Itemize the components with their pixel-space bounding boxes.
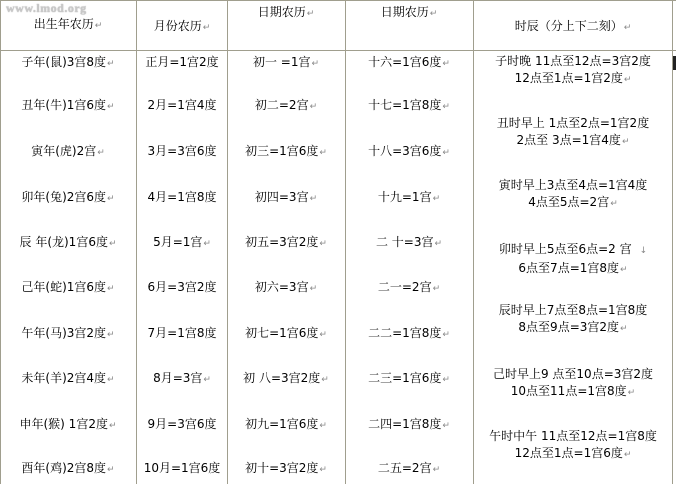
return-icon: ↵ <box>620 265 628 275</box>
hour-line-2: 12点至1点=1宫2度↵ <box>475 70 671 89</box>
cell-text: 4月=1宫8度 <box>148 190 217 204</box>
month-cell: 7月=1宫8度 <box>138 325 226 341</box>
cell-text: 初一 =1宫 <box>253 55 311 69</box>
return-icon: ↵ <box>109 421 117 431</box>
cell-text: 未年(羊)2宫4度 <box>21 371 106 385</box>
return-icon: ↵ <box>624 450 632 460</box>
header-birth-year: 出生年农历↵ <box>2 16 134 34</box>
month-cell: 4月=1宫8度 <box>138 189 226 205</box>
return-icon: ↵ <box>97 148 105 158</box>
cell-text: 3月=3宫6度 <box>148 144 217 158</box>
hour-line-2: 10点至11点=1宫8度↵ <box>475 383 671 402</box>
return-icon: ↵ <box>310 102 318 112</box>
cell-text: 十七=1宫8度 <box>368 98 441 112</box>
day-cell: 初 八=3宫2度↵ <box>229 370 343 388</box>
return-icon: ↵ <box>319 239 327 249</box>
cell-text: 8月=3宫 <box>153 371 202 385</box>
cell-text: 初六=3宫 <box>255 280 309 294</box>
cell-text: 丑年(牛)1宫6度 <box>21 98 106 112</box>
cell-text: 辰 年(龙)1宫6度 <box>20 235 108 249</box>
cell-text: 2月=1宫4度 <box>148 98 217 112</box>
watermark: www.lmod.org <box>6 1 87 16</box>
return-icon: ↵ <box>624 23 632 33</box>
day-cell: 二 十=3宫↵ <box>347 234 471 252</box>
month-cell: 5月=1宫↵ <box>138 234 226 252</box>
hour-cell: 丑时早上 1点至2点=1宫2度 2点至 3点=1宫4度↵ <box>475 115 671 151</box>
return-icon: ↵ <box>442 330 450 340</box>
day-cell: 二三=1宫6度↵ <box>347 370 471 388</box>
return-icon: ↵ <box>107 330 115 340</box>
cell-text: 初十=3宫2度 <box>245 461 318 475</box>
return-icon: ↵ <box>430 9 438 19</box>
day-cell: 初二=2宫↵ <box>229 97 343 115</box>
day-cell: 二五=2宫↵ <box>347 460 471 478</box>
return-icon: ↵ <box>311 59 319 69</box>
hour-line-1: 卯时早上5点至6点=2 宫↓ <box>475 241 671 260</box>
hour-line-1: 子时晚 11点至12点=3宫2度 <box>475 53 671 70</box>
cell-text: 初二=2宫 <box>255 98 309 112</box>
column-divider <box>136 0 137 484</box>
return-icon: ↵ <box>442 59 450 69</box>
return-icon: ↵ <box>620 324 628 334</box>
hour-cell: 午时中午 11点至12点=1宫8度 12点至1点=1宫6度↵ <box>475 428 671 464</box>
header-label: 日期农历 <box>258 5 306 19</box>
day-cell: 十七=1宫8度↵ <box>347 97 471 115</box>
header-label: 月份农历 <box>154 19 202 33</box>
day-cell: 十九=1宫↵ <box>347 189 471 207</box>
return-icon: ↵ <box>628 388 636 398</box>
cell-text: 二二=1宫8度 <box>368 326 441 340</box>
return-icon: ↵ <box>107 102 115 112</box>
day-cell: 二一=2宫↵ <box>347 279 471 297</box>
return-icon: ↵ <box>310 194 318 204</box>
header-day-a: 日期农历↵ <box>229 4 343 22</box>
birth-year-cell: 酉年(鸡)2宫8度↵ <box>2 460 134 478</box>
return-icon: ↵ <box>442 421 450 431</box>
return-icon: ↵ <box>203 23 211 33</box>
day-cell: 初三=1宫6度↵ <box>229 143 343 161</box>
return-icon: ↵ <box>622 137 630 147</box>
day-cell: 初五=3宫2度↵ <box>229 234 343 252</box>
cell-text: 卯年(兔)2宫6度 <box>21 190 106 204</box>
return-icon: ↵ <box>107 194 115 204</box>
return-icon: ↵ <box>107 59 115 69</box>
birth-year-cell: 申年(猴) 1宫2度↵ <box>2 416 134 434</box>
day-cell: 十六=1宫6度↵ <box>347 54 471 72</box>
cell-text: 正月=1宫2度 <box>145 55 218 69</box>
down-arrow-icon: ↓ <box>640 246 648 256</box>
hour-cell: 己时早上9 点至10点=3宫2度 10点至11点=1宫8度↵ <box>475 366 671 402</box>
header-month: 月份农历↵ <box>138 18 226 36</box>
return-icon: ↵ <box>107 375 115 385</box>
cell-text: 午年(马)3宫2度 <box>21 326 106 340</box>
cell-text: 5月=1宫 <box>153 235 202 249</box>
header-label: 日期农历 <box>381 5 429 19</box>
cell-text: 10月=1宫6度 <box>144 461 221 475</box>
month-cell: 8月=3宫↵ <box>138 370 226 388</box>
column-divider <box>345 0 346 484</box>
header-label: 时辰（分上下二刻） <box>515 19 623 33</box>
hour-line-1: 己时早上9 点至10点=3宫2度 <box>475 366 671 383</box>
cell-text: 申年(猴) 1宫2度 <box>20 417 108 431</box>
return-icon: ↵ <box>107 284 115 294</box>
day-cell: 初九=1宫6度↵ <box>229 416 343 434</box>
day-cell: 初六=3宫↵ <box>229 279 343 297</box>
hour-cell: 寅时早上3点至4点=1宫4度 4点至5点=2宫↵ <box>475 177 671 213</box>
day-cell: 十八=3宫6度↵ <box>347 143 471 161</box>
return-icon: ↵ <box>310 284 318 294</box>
cell-text: 6月=3宫2度 <box>148 280 217 294</box>
month-cell: 3月=3宫6度 <box>138 143 226 159</box>
hour-line-2: 8点至9点=3宫2度↵ <box>475 319 671 338</box>
month-cell: 9月=3宫6度 <box>138 416 226 432</box>
day-cell: 初七=1宫6度↵ <box>229 325 343 343</box>
return-icon: ↵ <box>107 465 115 475</box>
return-icon: ↵ <box>442 148 450 158</box>
cell-text: 二一=2宫 <box>378 280 432 294</box>
hour-line-1: 丑时早上 1点至2点=1宫2度 <box>475 115 671 132</box>
cell-text: 十六=1宫6度 <box>368 55 441 69</box>
cell-text: 6点至7点=1宫8度 <box>518 261 619 275</box>
day-cell: 初四=3宫↵ <box>229 189 343 207</box>
cell-text: 12点至1点=1宫6度 <box>515 446 623 460</box>
hour-cell: 卯时早上5点至6点=2 宫↓ 6点至7点=1宫8度↵ <box>475 241 671 279</box>
cell-text: 初五=3宫2度 <box>245 235 318 249</box>
birth-year-cell: 卯年(兔)2宫6度↵ <box>2 189 134 207</box>
header-day-b: 日期农历↵ <box>347 4 471 22</box>
return-icon: ↵ <box>319 330 327 340</box>
birth-year-cell: 己年(蛇)1宫6度↵ <box>2 279 134 297</box>
cell-text: 8点至9点=3宫2度 <box>518 320 619 334</box>
return-icon: ↵ <box>433 194 441 204</box>
month-cell: 6月=3宫2度 <box>138 279 226 295</box>
return-icon: ↵ <box>109 239 117 249</box>
return-icon: ↵ <box>203 375 211 385</box>
return-icon: ↵ <box>624 75 632 85</box>
return-icon: ↵ <box>319 148 327 158</box>
day-cell: 初十=3宫2度↵ <box>229 460 343 478</box>
cell-text: 12点至1点=1宫2度 <box>515 71 623 85</box>
cell-text: 十八=3宫6度 <box>368 144 441 158</box>
cell-text: 初 八=3宫2度 <box>243 371 320 385</box>
hour-cell: 子时晚 11点至12点=3宫2度 12点至1点=1宫2度↵ <box>475 53 671 89</box>
header-divider <box>0 50 676 51</box>
cell-text: 二四=1宫8度 <box>368 417 441 431</box>
cell-text: 初九=1宫6度 <box>245 417 318 431</box>
cell-text: 7月=1宫8度 <box>148 326 217 340</box>
cell-text: 己年(蛇)1宫6度 <box>21 280 106 294</box>
day-cell: 初一 =1宫↵ <box>229 54 343 72</box>
return-icon: ↵ <box>442 375 450 385</box>
birth-year-cell: 未年(羊)2宫4度↵ <box>2 370 134 388</box>
table-border-left <box>0 0 1 484</box>
cell-text: 9月=3宫6度 <box>148 417 217 431</box>
birth-year-cell: 丑年(牛)1宫6度↵ <box>2 97 134 115</box>
return-icon: ↵ <box>433 284 441 294</box>
cell-text: 10点至11点=1宫8度 <box>511 384 627 398</box>
day-cell: 二四=1宫8度↵ <box>347 416 471 434</box>
return-icon: ↵ <box>319 465 327 475</box>
hour-line-1: 辰时早上7点至8点=1宫8度 <box>475 302 671 319</box>
hour-line-2: 2点至 3点=1宫4度↵ <box>475 132 671 151</box>
cell-text: 二三=1宫6度 <box>368 371 441 385</box>
birth-year-cell: 午年(马)3宫2度↵ <box>2 325 134 343</box>
hour-line-2: 6点至7点=1宫8度↵ <box>475 260 671 279</box>
table-border-right <box>672 0 673 484</box>
hour-line-1: 寅时早上3点至4点=1宫4度 <box>475 177 671 194</box>
cell-text: 二五=2宫 <box>378 461 432 475</box>
column-divider <box>227 0 228 484</box>
cell-text: 十九=1宫 <box>378 190 432 204</box>
return-icon: ↵ <box>319 421 327 431</box>
cell-text: 4点至5点=2宫 <box>528 195 609 209</box>
return-icon: ↵ <box>321 375 329 385</box>
table-border-top <box>0 0 676 1</box>
cell-text: 子年(鼠)3宫8度 <box>21 55 106 69</box>
birth-year-cell: 辰 年(龙)1宫6度↵ <box>2 234 134 252</box>
cell-text: 初七=1宫6度 <box>245 326 318 340</box>
cell-text: 酉年(鸡)2宫8度 <box>21 461 106 475</box>
month-cell: 10月=1宫6度 <box>138 460 226 476</box>
cell-text: 初四=3宫 <box>255 190 309 204</box>
return-icon: ↵ <box>307 9 315 19</box>
birth-year-cell: 寅年(虎)2宫↵ <box>2 143 134 161</box>
return-icon: ↵ <box>610 199 618 209</box>
return-icon: ↵ <box>203 239 211 249</box>
hour-line-1: 午时中午 11点至12点=1宫8度 <box>475 428 671 445</box>
cell-text: 寅年(虎)2宫 <box>31 144 96 158</box>
column-divider <box>473 0 474 484</box>
return-icon: ↵ <box>95 21 103 31</box>
header-label: 出生年农历 <box>34 17 94 31</box>
return-icon: ↵ <box>442 102 450 112</box>
cell-text: 初三=1宫6度 <box>245 144 318 158</box>
cell-text: 卯时早上5点至6点=2 宫 <box>499 242 632 256</box>
return-icon: ↵ <box>434 239 442 249</box>
month-cell: 2月=1宫4度 <box>138 97 226 113</box>
cell-text: 二 十=3宫 <box>376 235 434 249</box>
birth-year-cell: 子年(鼠)3宫8度↵ <box>2 54 134 72</box>
hour-line-2: 4点至5点=2宫↵ <box>475 194 671 213</box>
month-cell: 正月=1宫2度 <box>138 54 226 70</box>
hour-line-2: 12点至1点=1宫6度↵ <box>475 445 671 464</box>
day-cell: 二二=1宫8度↵ <box>347 325 471 343</box>
cell-text: 2点至 3点=1宫4度 <box>517 133 621 147</box>
hour-cell: 辰时早上7点至8点=1宫8度 8点至9点=3宫2度↵ <box>475 302 671 338</box>
return-icon: ↵ <box>433 465 441 475</box>
header-hour: 时辰（分上下二刻）↵ <box>475 18 671 36</box>
